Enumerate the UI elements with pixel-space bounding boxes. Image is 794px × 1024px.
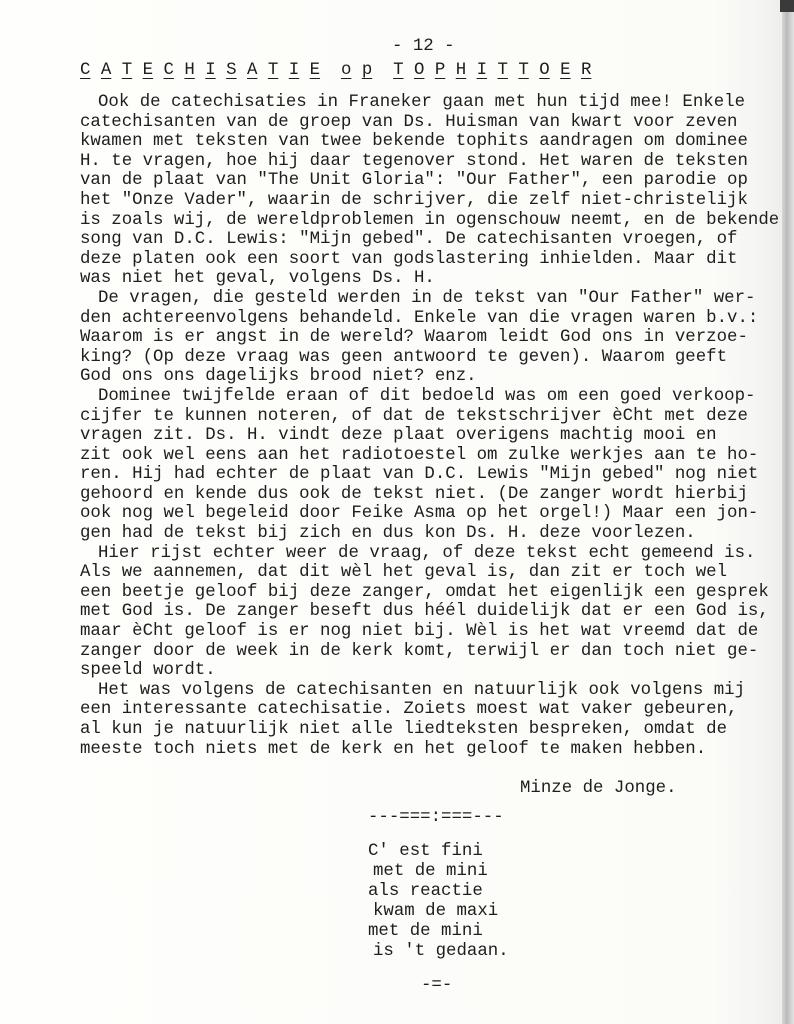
text-line: een interessante catechisatie. Zoiets mo… [80,700,779,720]
text-line: deze platen ook een soort van godslaster… [80,250,779,270]
title-letter: A [101,61,111,80]
text-line: gehoord en kende dus ook de tekst niet. … [80,485,779,505]
text-line: H. te vragen, hoe hij daar tegenover sto… [80,152,779,172]
title-letter: H [456,61,466,80]
title-letter: S [226,61,236,80]
text-line: ren. Hij had echter de plaat van D.C. Le… [80,465,779,485]
article-body: Ook de catechisaties in Franeker gaan me… [80,93,779,759]
title-word: C A T E C H I S A T I E [80,61,320,80]
title-letter: p [362,61,372,80]
section-divider: ---===:===--- [368,808,504,827]
text-line: Waarom is er angst in de wereld? Waarom … [80,328,779,348]
text-line: al kun je natuurlijk niet alle liedtekst… [80,720,779,740]
title-letter: o [341,61,351,80]
title-letter: H [184,61,194,80]
text-line: speeld wordt. [80,661,779,681]
text-line: van de plaat van "The Unit Gloria": "Our… [80,171,779,191]
text-line: song van D.C. Lewis: "Mijn gebed". De ca… [80,230,779,250]
text-line: Ook de catechisaties in Franeker gaan me… [80,93,779,113]
page-number: - 12 - [392,37,455,56]
text-line: den achtereenvolgens behandeld. Enkele v… [80,309,779,329]
poem-line: als reactie [368,882,509,902]
text-line: zit ook wel eens aan het radiotoestel om… [80,446,779,466]
text-line: is zoals wij, de wereldproblemen in ogen… [80,211,779,231]
title-letter: T [393,61,403,80]
text-line: met God is. De zanger beseft dus héél du… [80,602,779,622]
text-line: gen had de tekst bij zich en dus kon Ds.… [80,524,779,544]
title-letter: O [414,61,424,80]
title-letter: T [518,61,528,80]
text-line: God ons ons dagelijks brood niet? enz. [80,367,779,387]
article-title: C A T E C H I S A T I E o p T O P H I T … [80,61,591,80]
title-word: T O P H I T T O E R [393,61,591,80]
typewritten-page: - 12 - C A T E C H I S A T I E o p T O P… [0,0,794,1024]
title-letter: I [477,61,487,80]
text-line: het "Onze Vader", waarin de schrijver, d… [80,191,779,211]
text-line: vragen zit. Ds. H. vindt deze plaat over… [80,426,779,446]
poem-line: kwam de maxi [368,902,509,922]
author-signature: Minze de Jonge. [520,779,677,798]
title-letter: C [164,61,174,80]
text-line: zanger door de week in de kerk komt, ter… [80,642,779,662]
text-line: Als we aannemen, dat dit wèl het geval i… [80,563,779,583]
poem-line: is 't gedaan. [368,942,509,962]
title-letter: R [581,61,591,80]
page-edge-shadow [782,0,794,1024]
text-line: king? (Op deze vraag was geen antwoord t… [80,348,779,368]
text-line: ook nog wel begeleid door Feike Asma op … [80,504,779,524]
poem: C' est finimet de minials reactiekwam de… [368,842,509,962]
title-letter: T [498,61,508,80]
poem-line: C' est fini [368,842,509,862]
title-letter: C [80,61,90,80]
text-line: Hier rijst echter weer de vraag, of deze… [80,544,779,564]
title-word: o p [341,61,372,80]
title-letter: O [539,61,549,80]
title-letter: T [122,61,132,80]
text-line: was niet het geval, volgens Ds. H. [80,269,779,289]
title-letter: A [247,61,257,80]
title-letter: T [268,61,278,80]
poem-line: met de mini [368,862,509,882]
text-line: Dominee twijfelde eraan of dit bedoeld w… [80,387,779,407]
text-line: catechisanten van de groep van Ds. Huism… [80,113,779,133]
text-line: cijfer te kunnen noteren, of dat de teks… [80,407,779,427]
text-line: De vragen, die gesteld werden in de teks… [80,289,779,309]
end-mark: -=- [421,976,452,995]
text-line: Het was volgens de catechisanten en natu… [80,681,779,701]
text-line: maar èCht geloof is er nog niet bij. Wèl… [80,622,779,642]
title-letter: P [435,61,445,80]
page-corner-dark [780,0,794,12]
title-letter: E [310,61,320,80]
title-letter: E [143,61,153,80]
text-line: meeste toch niets met de kerk en het gel… [80,740,779,760]
title-letter: I [289,61,299,80]
title-letter: E [560,61,570,80]
text-line: een beetje geloof bij deze zanger, omdat… [80,583,779,603]
title-letter: I [205,61,215,80]
poem-line: met de mini [368,922,509,942]
text-line: kwamen met teksten van twee bekende toph… [80,132,779,152]
